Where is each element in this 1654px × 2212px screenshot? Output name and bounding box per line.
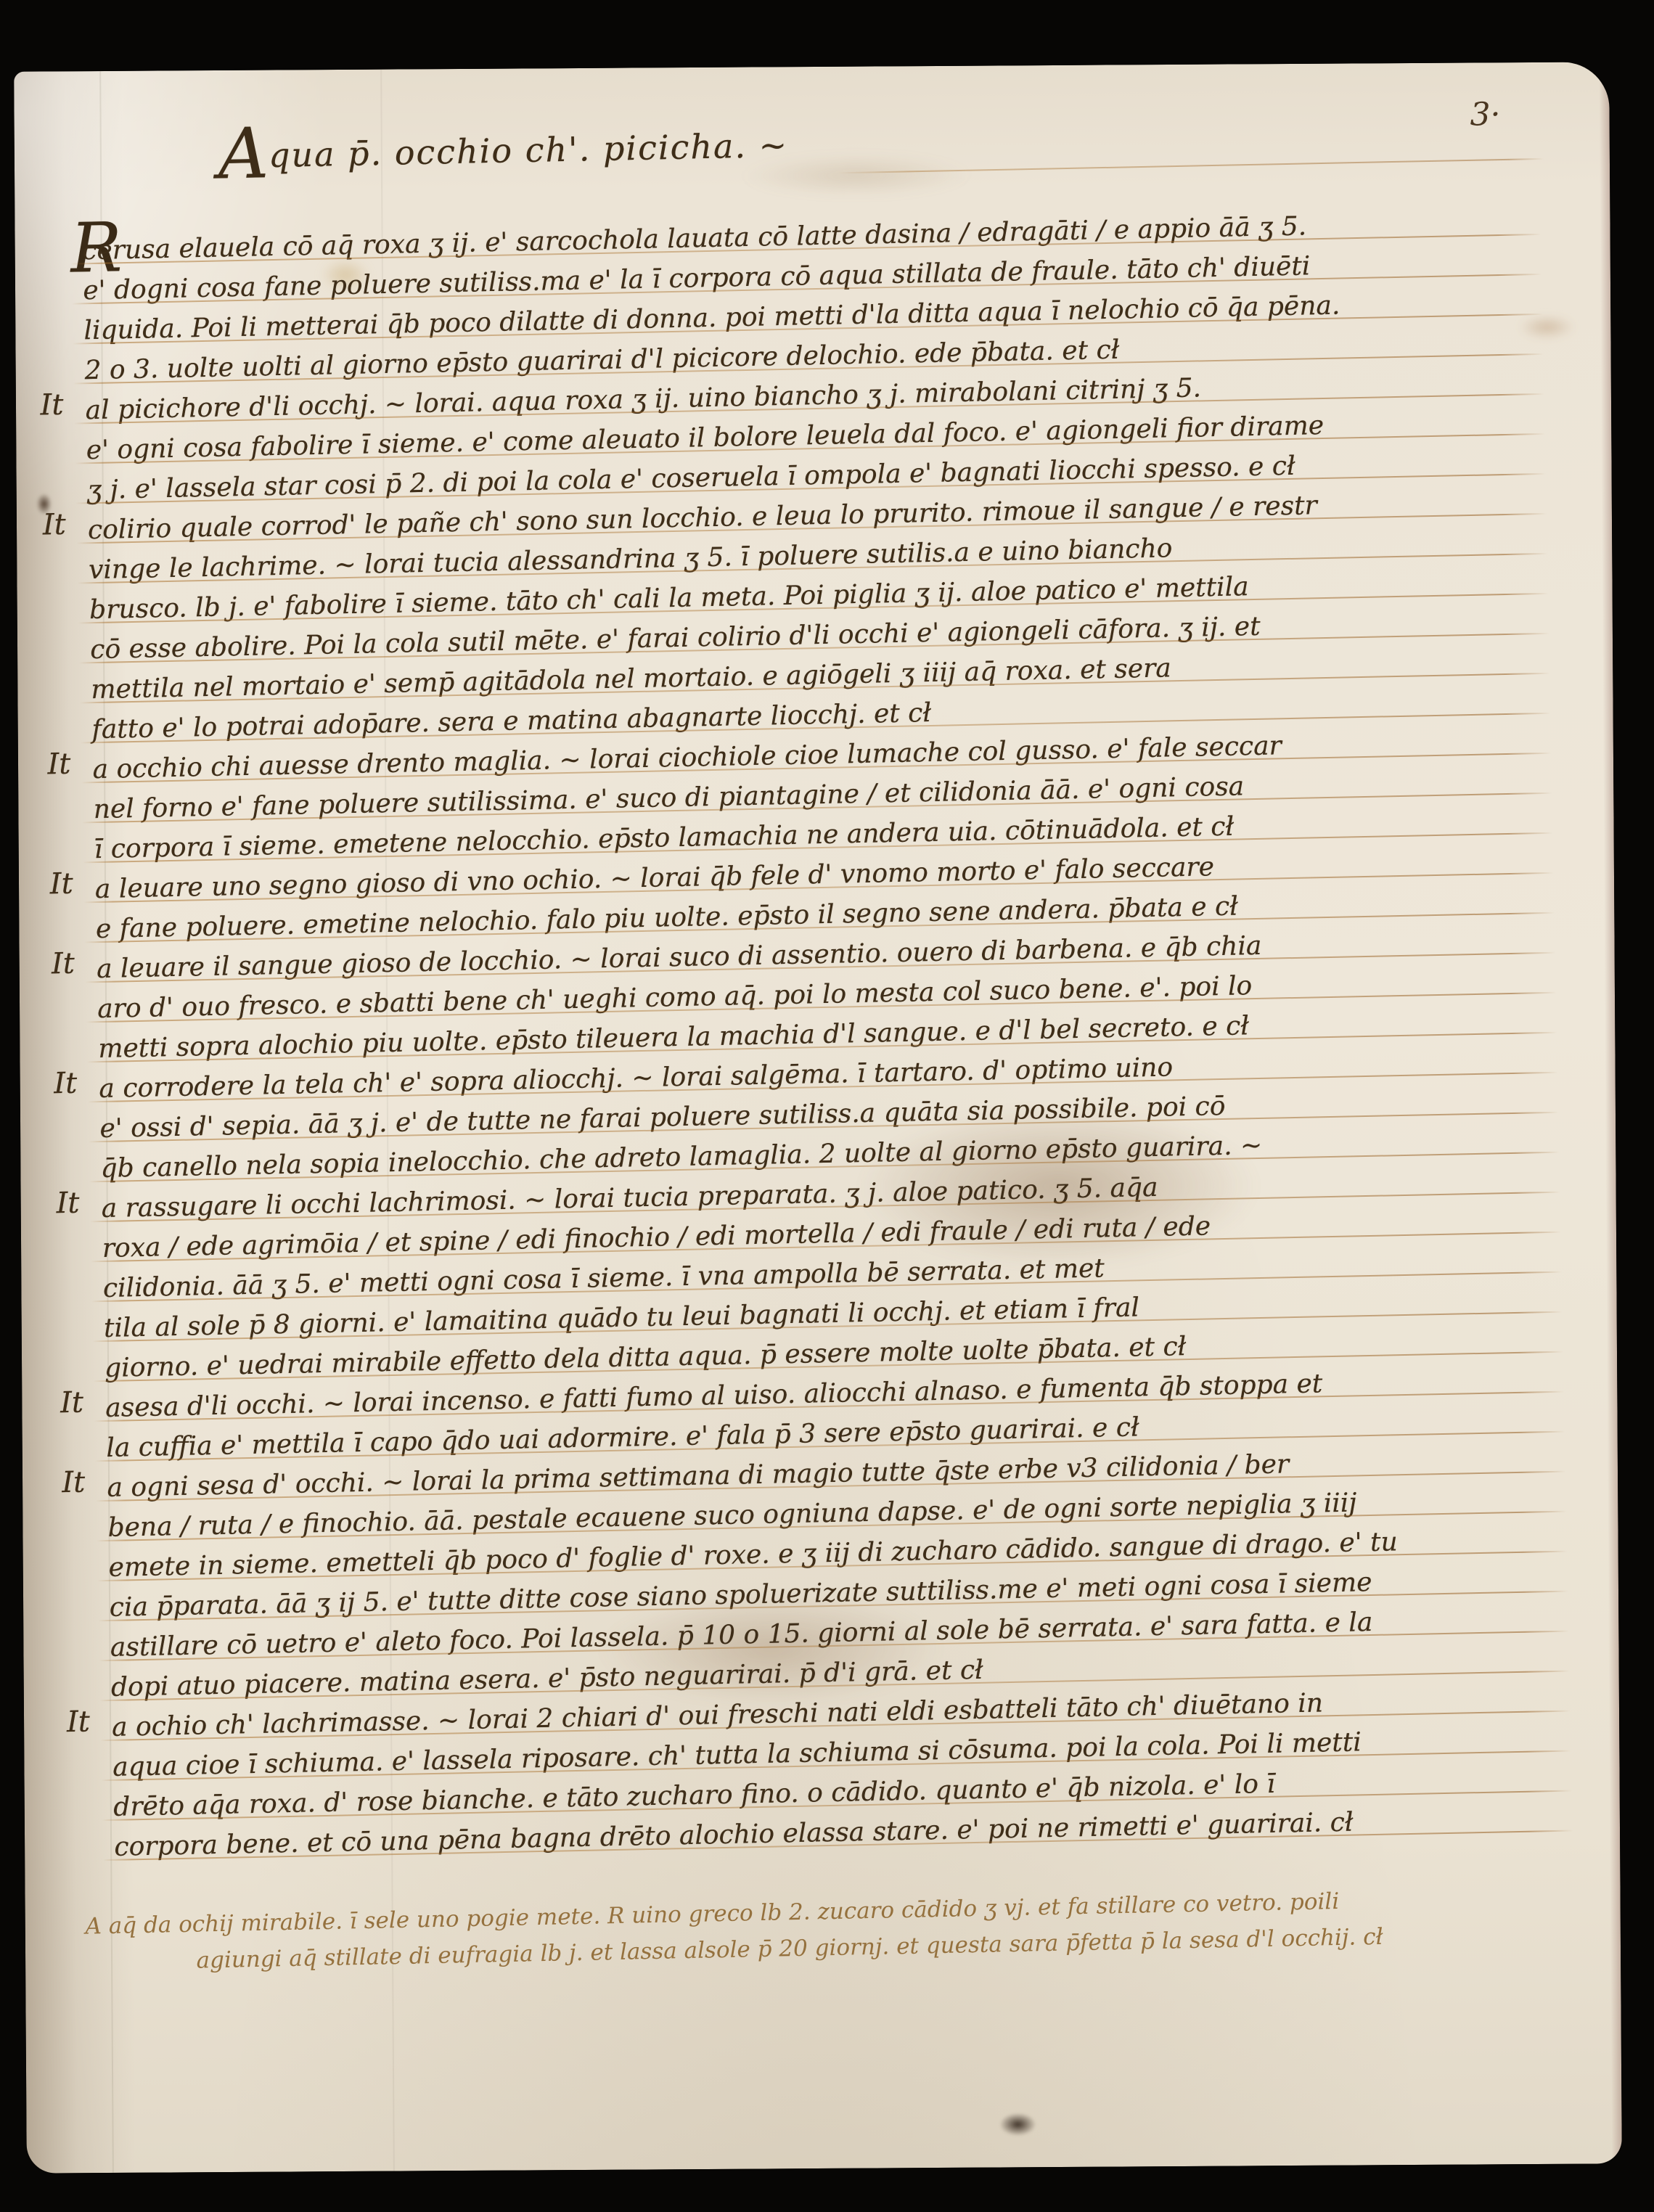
text-area: Aqua p̄. occhio ch'. picicha. ~ Rcerusa … bbox=[80, 94, 1571, 1980]
recipe-section: Rcerusa elauela cō aq̄ roxa ʒ ij. e' sar… bbox=[82, 202, 1539, 390]
recipe-section: Ita rassugare li occhi lachrimosi. ~ lor… bbox=[101, 1160, 1559, 1388]
recipe-section: Itcolirio quale corrod' le pañe ch' sono… bbox=[87, 481, 1546, 750]
ink-spot bbox=[1000, 2113, 1035, 2135]
photo-background: { "page": { "folio_number": "3·", "title… bbox=[0, 0, 1654, 2212]
item-marker: It bbox=[54, 1067, 78, 1101]
item-marker: It bbox=[60, 1386, 84, 1420]
title-text: qua p̄. occhio ch'. picicha. ~ bbox=[268, 126, 788, 175]
addendum-note: A aq̄ da ochij mirabile. ī sele uno pogi… bbox=[85, 1879, 1571, 1981]
item-marker: It bbox=[40, 388, 64, 422]
item-marker: It bbox=[49, 867, 73, 901]
item-marker: It bbox=[47, 747, 71, 782]
item-marker: It bbox=[62, 1466, 86, 1500]
manuscript-page: 3· Aqua p̄. occhio ch'. picicha. ~ Rceru… bbox=[14, 62, 1622, 2173]
title-initial: A bbox=[218, 112, 270, 194]
recipes-block: Rcerusa elauela cō aq̄ roxa ʒ ij. e' sar… bbox=[82, 202, 1569, 1867]
recipe-section: Ita ochio ch' lachrimasse. ~ lorai 2 chi… bbox=[112, 1679, 1569, 1867]
page-title: Aqua p̄. occhio ch'. picicha. ~ bbox=[218, 94, 1535, 187]
recipe-section: Ita ogni sesa d' occhi. ~ lorai la prima… bbox=[107, 1439, 1565, 1708]
item-marker: It bbox=[56, 1187, 80, 1221]
item-marker: It bbox=[52, 947, 75, 981]
item-marker: It bbox=[42, 508, 66, 542]
item-marker: It bbox=[66, 1705, 90, 1739]
